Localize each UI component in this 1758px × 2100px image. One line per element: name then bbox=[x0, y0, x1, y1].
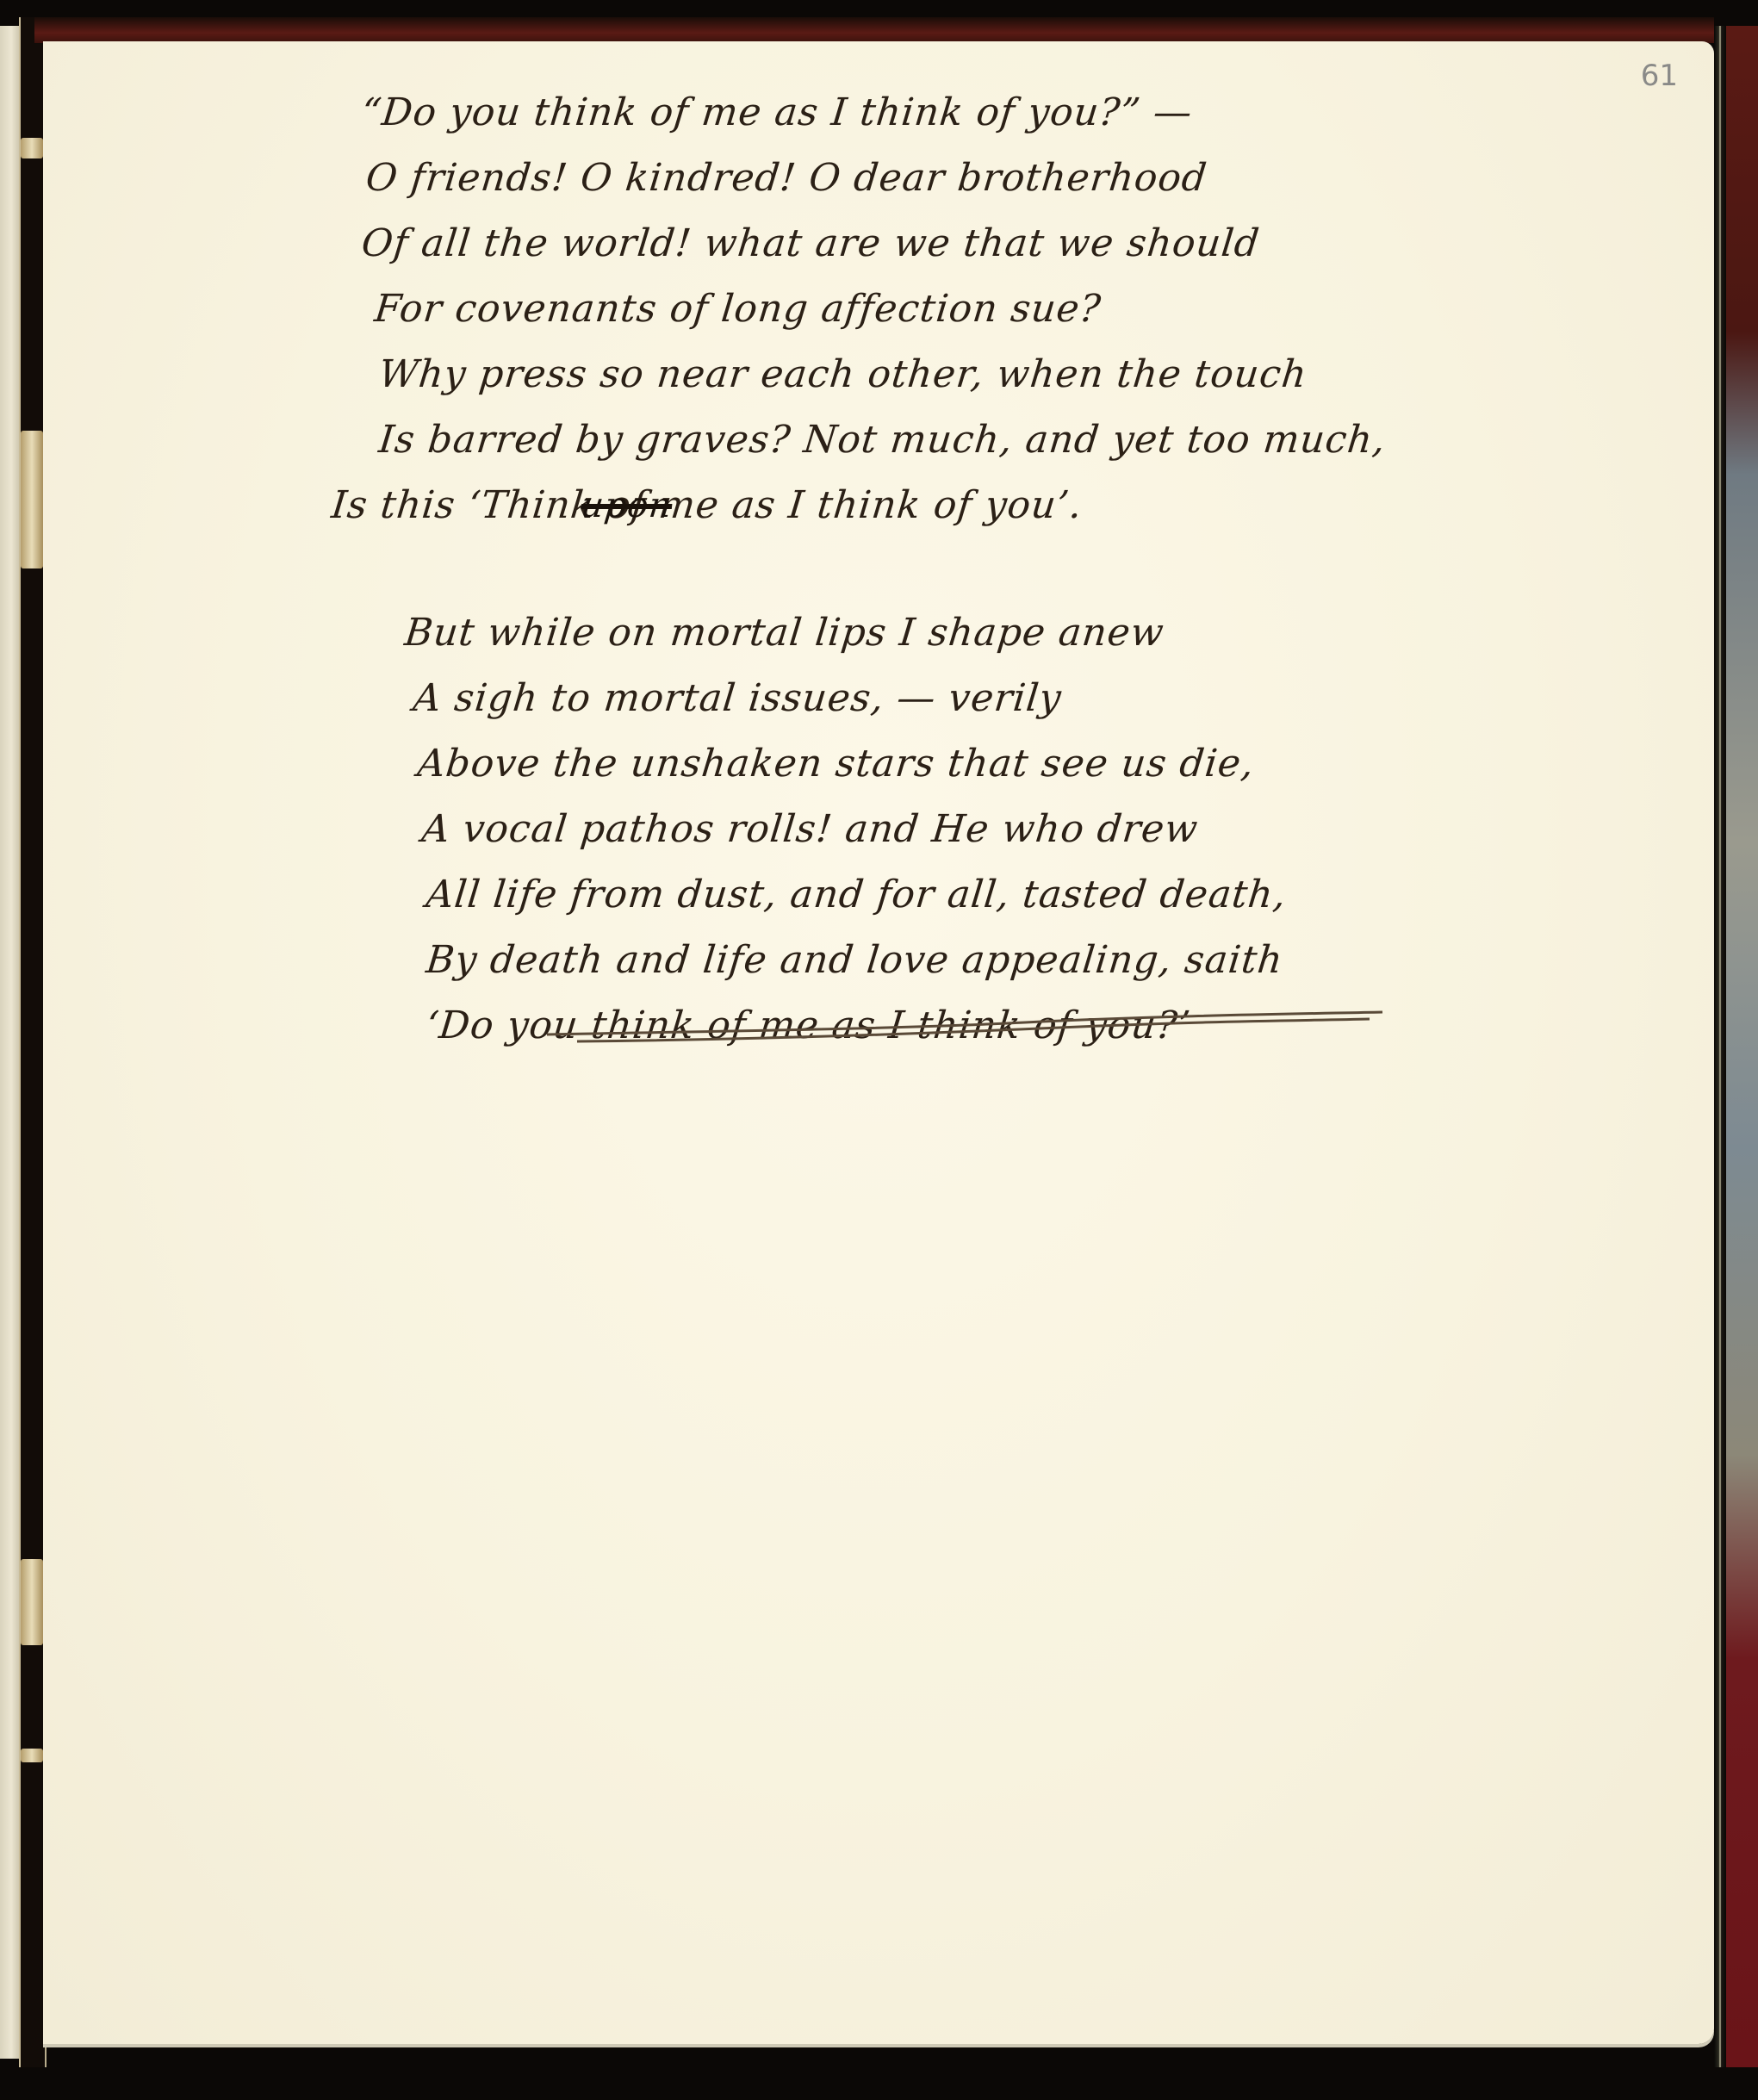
poem-line: Why press so near each other, when the t… bbox=[376, 342, 1649, 407]
stanza-1: “Do you think of me as I think of you?” … bbox=[396, 80, 1645, 538]
poem-line: A vocal pathos rolls! and He who drew bbox=[419, 797, 1649, 862]
poem-line: But while on mortal lips I shape anew bbox=[401, 600, 1649, 666]
poem-line: For covenants of long affection sue? bbox=[371, 276, 1649, 342]
manuscript-page: 61 “Do you think of me as I think of you… bbox=[43, 41, 1714, 2044]
poem-line: O friends! O kindred! O dear brotherhood bbox=[363, 146, 1649, 211]
binding-stitch bbox=[21, 138, 43, 158]
poem-line: A sigh to mortal issues, — verily bbox=[410, 666, 1649, 731]
book-cover-top-edge bbox=[34, 17, 1714, 43]
poem-line: Above the unshaken stars that see us die… bbox=[414, 731, 1649, 797]
binding-stitch bbox=[21, 431, 43, 568]
poem-line-text: Is this ‘Think of me as I think of you’. bbox=[329, 483, 1084, 527]
poem-line: Of all the world! what are we that we sh… bbox=[358, 211, 1649, 276]
binding-stitch bbox=[21, 1749, 43, 1762]
poem-text: “Do you think of me as I think of you?” … bbox=[396, 80, 1645, 1059]
binding-stitch bbox=[21, 1559, 43, 1645]
double-underline-mark bbox=[543, 1010, 1387, 1045]
book-cover-marbled-edge bbox=[1714, 26, 1758, 2067]
poem-line: Is barred by graves? Not much, and yet t… bbox=[376, 407, 1649, 473]
struck-word: upon bbox=[578, 473, 675, 538]
poem-line: All life from dust, and for all, tasted … bbox=[423, 862, 1649, 928]
stanza-2: But while on mortal lips I shape anew A … bbox=[396, 600, 1645, 1059]
poem-line-with-correction: Is this ‘Think of me as I think of you’.… bbox=[328, 473, 1649, 538]
poem-line: By death and life and love appealing, sa… bbox=[423, 928, 1649, 993]
facing-page-edge bbox=[0, 26, 19, 2059]
poem-line: “Do you think of me as I think of you?” … bbox=[358, 80, 1649, 146]
